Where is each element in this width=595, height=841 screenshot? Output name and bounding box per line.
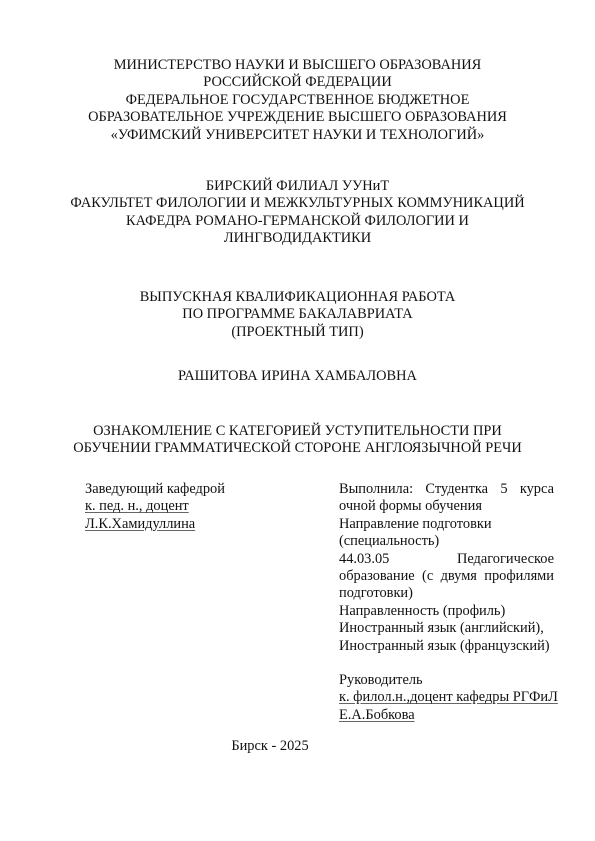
head-of-department-block: Заведующий кафедрой к. пед. н., доцент Л… [85, 481, 285, 533]
program-line: образование (с двумя профилями [339, 568, 554, 585]
word: профилями [484, 568, 554, 585]
ministry-header: МИНИСТЕРСТВО НАУКИ И ВЫСШЕГО ОБРАЗОВАНИЯ… [0, 57, 595, 144]
ministry-line: ФЕДЕРАЛЬНОЕ ГОСУДАРСТВЕННОЕ БЮДЖЕТНОЕ [0, 92, 595, 109]
work-type-line: ВЫПУСКНАЯ КВАЛИФИКАЦИОННАЯ РАБОТА [0, 289, 595, 306]
word: (с [422, 568, 433, 585]
performer-block: Выполнила: Студентка 5 курса очной формы… [339, 481, 554, 724]
word: образование [339, 568, 415, 585]
focus-label: Направленность (профиль) [339, 603, 554, 620]
word: 5 [500, 481, 507, 498]
focus-value: Иностранный язык (французский) [339, 638, 554, 655]
word: курса [520, 481, 554, 498]
department-name: КАФЕДРА РОМАНО-ГЕРМАНСКОЙ ФИЛОЛОГИИ И [0, 213, 595, 230]
author-name: РАШИТОВА ИРИНА ХАМБАЛОВНА [0, 368, 595, 385]
word: двумя [441, 568, 477, 585]
department-name: ЛИНГВОДИДАКТИКИ [0, 230, 595, 247]
supervisor-name: Е.А.Бобкова [339, 707, 554, 724]
word: Выполнила: [339, 481, 413, 498]
program-line: подготовки) [339, 585, 554, 602]
performer-line: Выполнила: Студентка 5 курса [339, 481, 554, 498]
branch-header: БИРСКИЙ ФИЛИАЛ УУНиТ ФАКУЛЬТЕТ ФИЛОЛОГИИ… [0, 178, 595, 248]
word: 44.03.05 [339, 551, 389, 568]
work-type-line: (ПРОЕКТНЫЙ ТИП) [0, 324, 595, 341]
study-form: очной формы обучения [339, 498, 554, 515]
head-label: Заведующий кафедрой [85, 481, 285, 498]
head-name: Л.К.Хамидуллина [85, 516, 285, 533]
direction-code: 44.03.05 Педагогическое [339, 551, 554, 568]
city-year: Бирск - 2025 [0, 738, 540, 755]
ministry-line: МИНИСТЕРСТВО НАУКИ И ВЫСШЕГО ОБРАЗОВАНИЯ [0, 57, 595, 74]
head-degree: к. пед. н., доцент [85, 498, 285, 515]
word: Студентка [425, 481, 488, 498]
author-block: РАШИТОВА ИРИНА ХАМБАЛОВНА [0, 368, 595, 385]
faculty-name: ФАКУЛЬТЕТ ФИЛОЛОГИИ И МЕЖКУЛЬТУРНЫХ КОММ… [0, 195, 595, 212]
university-name: «УФИМСКИЙ УНИВЕРСИТЕТ НАУКИ И ТЕХНОЛОГИЙ… [0, 127, 595, 144]
thesis-topic: ОЗНАКОМЛЕНИЕ С КАТЕГОРИЕЙ УСТУПИТЕЛЬНОСТ… [0, 423, 595, 458]
spacer [339, 655, 554, 672]
topic-line: ОЗНАКОМЛЕНИЕ С КАТЕГОРИЕЙ УСТУПИТЕЛЬНОСТ… [0, 423, 595, 440]
ministry-line: ОБРАЗОВАТЕЛЬНОЕ УЧРЕЖДЕНИЕ ВЫСШЕГО ОБРАЗ… [0, 109, 595, 126]
topic-line: ОБУЧЕНИИ ГРАММАТИЧЕСКОЙ СТОРОНЕ АНГЛОЯЗЫ… [0, 440, 595, 457]
direction-label: (специальность) [339, 533, 554, 550]
work-type: ВЫПУСКНАЯ КВАЛИФИКАЦИОННАЯ РАБОТА ПО ПРО… [0, 289, 595, 341]
word: Педагогическое [457, 551, 554, 568]
supervisor-degree: к. филол.н.,доцент кафедры РГФиЛ [339, 689, 554, 706]
focus-value: Иностранный язык (английский), [339, 620, 554, 637]
direction-label: Направление подготовки [339, 516, 554, 533]
ministry-line: РОССИЙСКОЙ ФЕДЕРАЦИИ [0, 74, 595, 91]
supervisor-label: Руководитель [339, 672, 554, 689]
branch-name: БИРСКИЙ ФИЛИАЛ УУНиТ [0, 178, 595, 195]
work-type-line: ПО ПРОГРАММЕ БАКАЛАВРИАТА [0, 306, 595, 323]
